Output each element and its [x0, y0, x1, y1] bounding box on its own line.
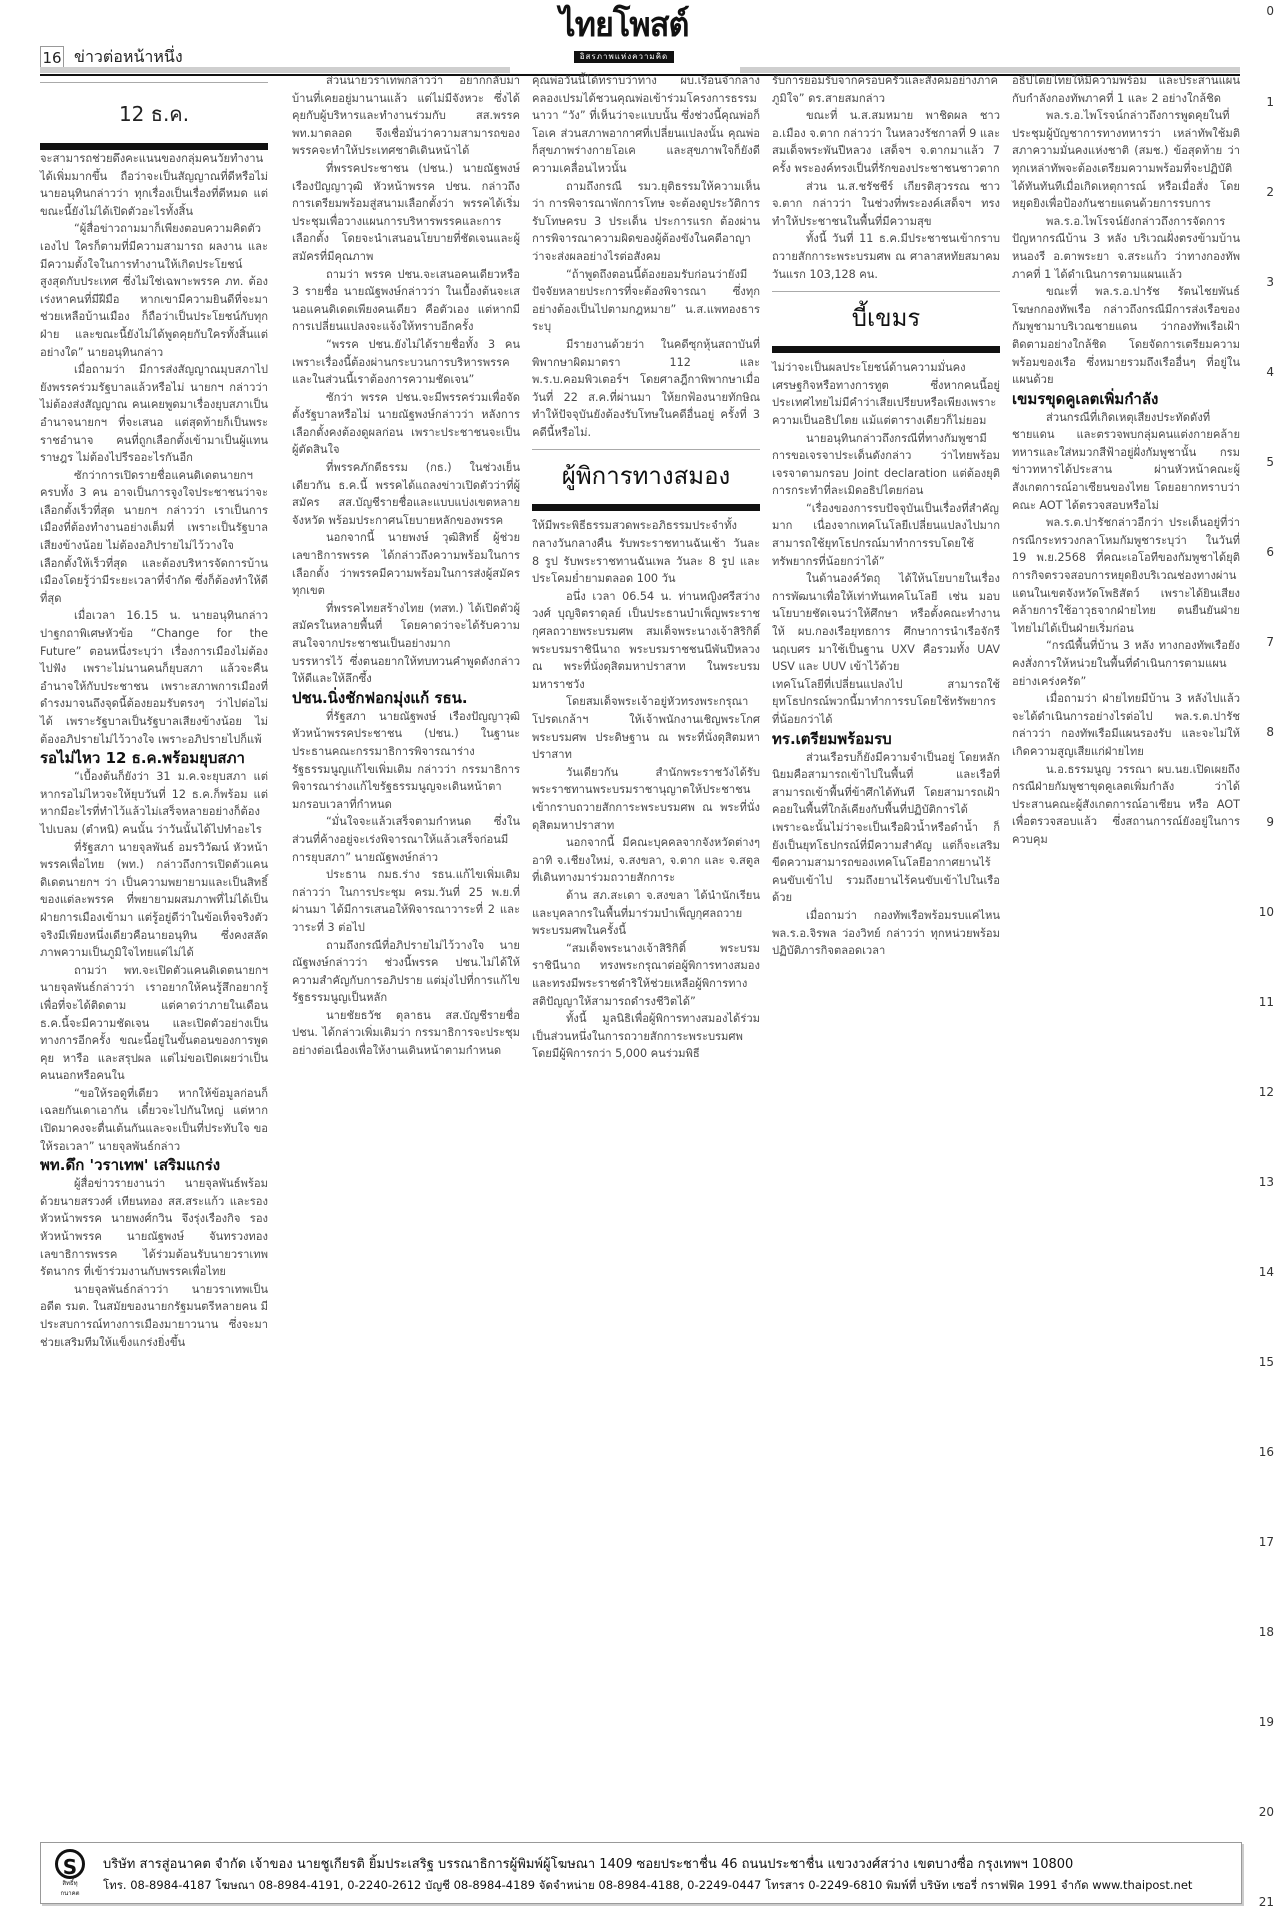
paragraph: น.อ.ธรรมนูญ วรรณา ผบ.นย.เปิดเผยถึงกรณีฝ่… [1012, 761, 1240, 849]
paragraph: “เบื้องต้นก็ยังว่า 31 ม.ค.จะยุบสภา แต่หา… [40, 768, 268, 838]
paragraph: รับการยอมรับจากครอบครัวและสังคมอย่างภาคภ… [772, 72, 1000, 107]
paragraph: ที่พรรคไทยสร้างไทย (ทสท.) ได้เปิดตัวผู้ส… [292, 600, 520, 653]
paragraph: ที่พรรคภักดีธรรม (กธ.) ในช่วงเย็นเดียวกั… [292, 459, 520, 529]
paragraph: อธิปไตยไทยให้มีความพร้อม และประสานแผนกับ… [1012, 72, 1240, 107]
subheading: รอไม่ไหว 12 ธ.ค.พร้อมยุบสภา [40, 748, 268, 768]
paragraph: ส่วนเรือรบก็ยังมีความจำเป็นอยู่ โดยหลักน… [772, 749, 1000, 907]
paragraph: ทั้งนี้ วันที่ 11 ธ.ค.มีประชาชนเข้ากราบถ… [772, 230, 1000, 283]
date-heading-box: 12 ธ.ค. [40, 82, 268, 150]
date-heading: 12 ธ.ค. [40, 99, 268, 129]
paragraph: ส่วนกรณีที่เกิดเหตุเสียงประทัดดังที่ชายแ… [1012, 409, 1240, 515]
section-title: ข่าวต่อหน้าหนึ่ง [74, 46, 183, 68]
publisher-logo-caption: สิทธิ์ทุกนาคต [53, 1879, 87, 1899]
heading-bar [772, 346, 1000, 353]
paragraph: “กรณีพื้นที่บ้าน 3 หลัง ทางกองทัพเรือยัง… [1012, 637, 1240, 690]
paragraph: “ถ้าพูดถึงตอนนี้ต้องยอมรับก่อนว่ายังมีปั… [532, 266, 760, 336]
paragraph: “เรื่องของการรบปัจจุบันเป็นเรื่องที่สำคั… [772, 500, 1000, 570]
paragraph: ทั้งนี้ มูลนิธิเพื่อผู้พิการทางสมองได้ร่… [532, 1010, 760, 1063]
paragraph: ขณะที่ น.ส.สมหมาย พาชิดผล ชาว อ.เมือง จ.… [772, 107, 1000, 177]
paragraph: เมื่อถามว่า ฝ่ายไทยมีบ้าน 3 หลังไปแล้วจะ… [1012, 690, 1240, 760]
paragraph: ขณะที่ พล.ร.อ.ปารัช รัตนไชยพันธ์ โฆษกกอง… [1012, 283, 1240, 389]
column-heading-box: ผู้พิการทางสมอง [532, 449, 760, 511]
heading-bar [532, 504, 760, 511]
paragraph: นอกจากนี้ มีคณะบุคคลจากจังหวัดต่างๆ อาทิ… [532, 834, 760, 887]
paragraph: ให้มีพระพิธีธรรมสวดพระอภิธรรมประจำทั้งกล… [532, 517, 760, 587]
paragraph: เทคโนโลยีที่เปลี่ยนแปลงไป สามารถใช้ยุทโธ… [772, 676, 1000, 729]
paragraph: นายจุลพันธ์กล่าวว่า นายวราเทพเป็นอดีต รม… [40, 1281, 268, 1351]
paragraph: “สมเด็จพระนางเจ้าสิริกิติ์ พระบรมราชินีน… [532, 940, 760, 1010]
masthead-logo: ไทยโพสต์ อิสรภาพแห่งความคิด [524, 6, 724, 58]
article-column-1: 12 ธ.ค. จะสามารถช่วยดึงคะแนนของกลุ่มคนวั… [40, 72, 268, 1351]
paragraph: ส่วนนายวราเทพกล่าวว่า อยากกลับมาบ้านที่เ… [292, 72, 520, 160]
column-heading: ผู้พิการทางสมอง [532, 460, 760, 492]
paragraph: นายอนุทินกล่าวถึงกรณีที่ทางกัมพูชามีการข… [772, 430, 1000, 500]
paragraph: ถามถึงกรณีที่อภิปรายไม่ไว้วางใจ นายณัฐพง… [292, 937, 520, 1007]
article-column-4: รับการยอมรับจากครอบครัวและสังคมอย่างภาคภ… [772, 72, 1000, 960]
subheading: พท.ดึก 'วราเทพ' เสริมแกร่ง [40, 1155, 268, 1175]
paragraph: เมื่อถามว่า กองทัพเรือพร้อมรบแค่ไหน พล.ร… [772, 907, 1000, 960]
paragraph: “พรรค ปชน.ยังไม่ได้รายชื่อทั้ง 3 คน เพรา… [292, 336, 520, 389]
article-column-2: ส่วนนายวราเทพกล่าวว่า อยากกลับมาบ้านที่เ… [292, 72, 520, 1060]
logo-tagline: อิสรภาพแห่งความคิด [574, 51, 675, 63]
paragraph: พล.ร.อ.ไพโรจน์ยังกล่าวถึงการจัดการปัญหาก… [1012, 213, 1240, 283]
imprint-line-1: บริษัท สารสู่อนาคต จำกัด เจ้าของ นายชูเก… [103, 1853, 1073, 1874]
article-column-3: คุณพ่อวันนี้ได้ทราบว่าทาง ผบ.เรือนจำกลาง… [532, 72, 760, 1063]
publisher-imprint: S สิทธิ์ทุกนาคต บริษัท สารสู่อนาคต จำกัด… [40, 1842, 1242, 1904]
paragraph: ที่รัฐสภา นายจุลพันธ์ อมรวิวัฒน์ หัวหน้า… [40, 839, 268, 962]
heading-bar [40, 143, 268, 150]
paragraph: เมื่อเวลา 16.15 น. นายอนุทินกล่าวปาฐกถาพ… [40, 607, 268, 748]
paragraph: ที่รัฐสภา นายณัฐพงษ์ เรืองปัญญาวุฒิ หัวห… [292, 708, 520, 814]
paragraph: ซักว่า พรรค ปชน.จะมีพรรคร่วมเพื่อจัดตั้ง… [292, 389, 520, 459]
paragraph: นอกจากนี้ นายพงษ์ วุฒิสิทธิ์ ผู้ช่วยเลขา… [292, 529, 520, 599]
paragraph: ส่วน น.ส.ชรัชชีร์ เกียรติสุวรรณ ชาว จ.ตา… [772, 178, 1000, 231]
paragraph: เมื่อถามว่า มีการส่งสัญญาณมุบสภาไปยังพรร… [40, 361, 268, 467]
subheading: ทร.เตรียมพร้อมรบ [772, 729, 1000, 749]
paragraph: ถามว่า พท.จะเปิดตัวแคนดิเดตนายกฯ นายจุลพ… [40, 962, 268, 1085]
paragraph: อนึ่ง เวลา 06.54 น. ท่านหญิงศรีสว่างวงศ์… [532, 588, 760, 694]
paragraph: ผู้สื่อข่าวรายงานว่า นายจุลพันธ์พร้อมด้ว… [40, 1175, 268, 1281]
paragraph: วันเดียวกัน สำนักพระราชวังได้รับพระราชทา… [532, 764, 760, 834]
paragraph: โดยสมเด็จพระเจ้าอยู่หัวทรงพระกรุณาโปรดเก… [532, 693, 760, 763]
paragraph: ถามว่า พรรค ปชน.จะเสนอคนเดียวหรือ 3 รายช… [292, 266, 520, 336]
subheading: เขมรขุดคูเลตเพิ่มกำลัง [1012, 389, 1240, 409]
paragraph: เลือกตั้งให้เร็วที่สุด และต้องบริหารจัดก… [40, 555, 268, 608]
column-heading: บี้เขมร [772, 302, 1000, 334]
newspaper-page: 16 ข่าวต่อหน้าหนึ่ง ไทยโพสต์ อิสรภาพแห่ง… [40, 0, 1270, 1920]
paragraph: นายชัยธวัช ตุลาธน สส.บัญชีรายชื่อ ปชน. ไ… [292, 1007, 520, 1060]
paragraph: ที่พรรคประชาชน (ปชน.) นายณัฐพงษ์ เรืองปั… [292, 160, 520, 266]
column-heading-box: บี้เขมร [772, 291, 1000, 353]
paragraph: จะสามารถช่วยดึงคะแนนของกลุ่มคนวัยทำงานได… [40, 150, 268, 220]
paragraph: ประธาน กมธ.ร่าง รธน.แก้ไขเพิ่มเติมกล่าวว… [292, 866, 520, 936]
article-column-5: อธิปไตยไทยให้มีความพร้อม และประสานแผนกับ… [1012, 72, 1240, 849]
paragraph: พล.ร.อ.ไพโรจน์กล่าวถึงการพูดคุยในที่ประช… [1012, 107, 1240, 213]
paragraph: ด้าน สภ.สะเดา จ.สงขลา ได้นำนักเรียนและบุ… [532, 887, 760, 940]
paragraph: บรรหารไว้ ซึ่งตนอยากให้ทบทวนคำพูดดังกล่า… [292, 653, 520, 688]
subheading: ปชน.นิ่งชักฟอกมุ่งแก้ รธน. [292, 688, 520, 708]
paragraph: “มั่นใจจะแล้วเสร็จตามกำหนด ซึ่งในส่วนที่… [292, 813, 520, 866]
imprint-line-2: โทร. 08-8984-4187 โฆษณา 08-8984-4191, 0-… [103, 1877, 1192, 1895]
paragraph: คุณพ่อวันนี้ได้ทราบว่าทาง ผบ.เรือนจำกลาง… [532, 72, 760, 178]
paragraph: ถามถึงกรณี รมว.ยุติธรรมให้ความเห็นว่า กา… [532, 178, 760, 266]
paragraph: ไม่ว่าจะเป็นผลประโยชน์ด้านความมั่นคงเศรษ… [772, 359, 1000, 429]
paragraph: “ขอให้รอดูที่เดียว หากให้ข้อมูลก่อนก็เฉล… [40, 1085, 268, 1155]
paragraph: “ผู้สื่อข่าวถามมาก็เพียงตอบความคิดตัวเอง… [40, 220, 268, 361]
logo-text: ไทยโพสต์ [529, 6, 719, 44]
paragraph: พล.ร.ต.ปารัชกล่าวอีกว่า ประเด็นอยู่ที่ว่… [1012, 514, 1240, 637]
paragraph: ในด้านองค์วัตถุ ได้ให้นโยบายในเรื่องการพ… [772, 570, 1000, 676]
paragraph: ซักว่าการเปิดรายชื่อแคนดิเดตนายกฯ ครบทั้… [40, 467, 268, 555]
paragraph: มีรายงานด้วยว่า ในคดีซุกหุ้นสถาบันที่พิพ… [532, 336, 760, 442]
publisher-logo: S สิทธิ์ทุกนาคต [53, 1849, 87, 1895]
publisher-logo-icon: S [55, 1849, 85, 1879]
